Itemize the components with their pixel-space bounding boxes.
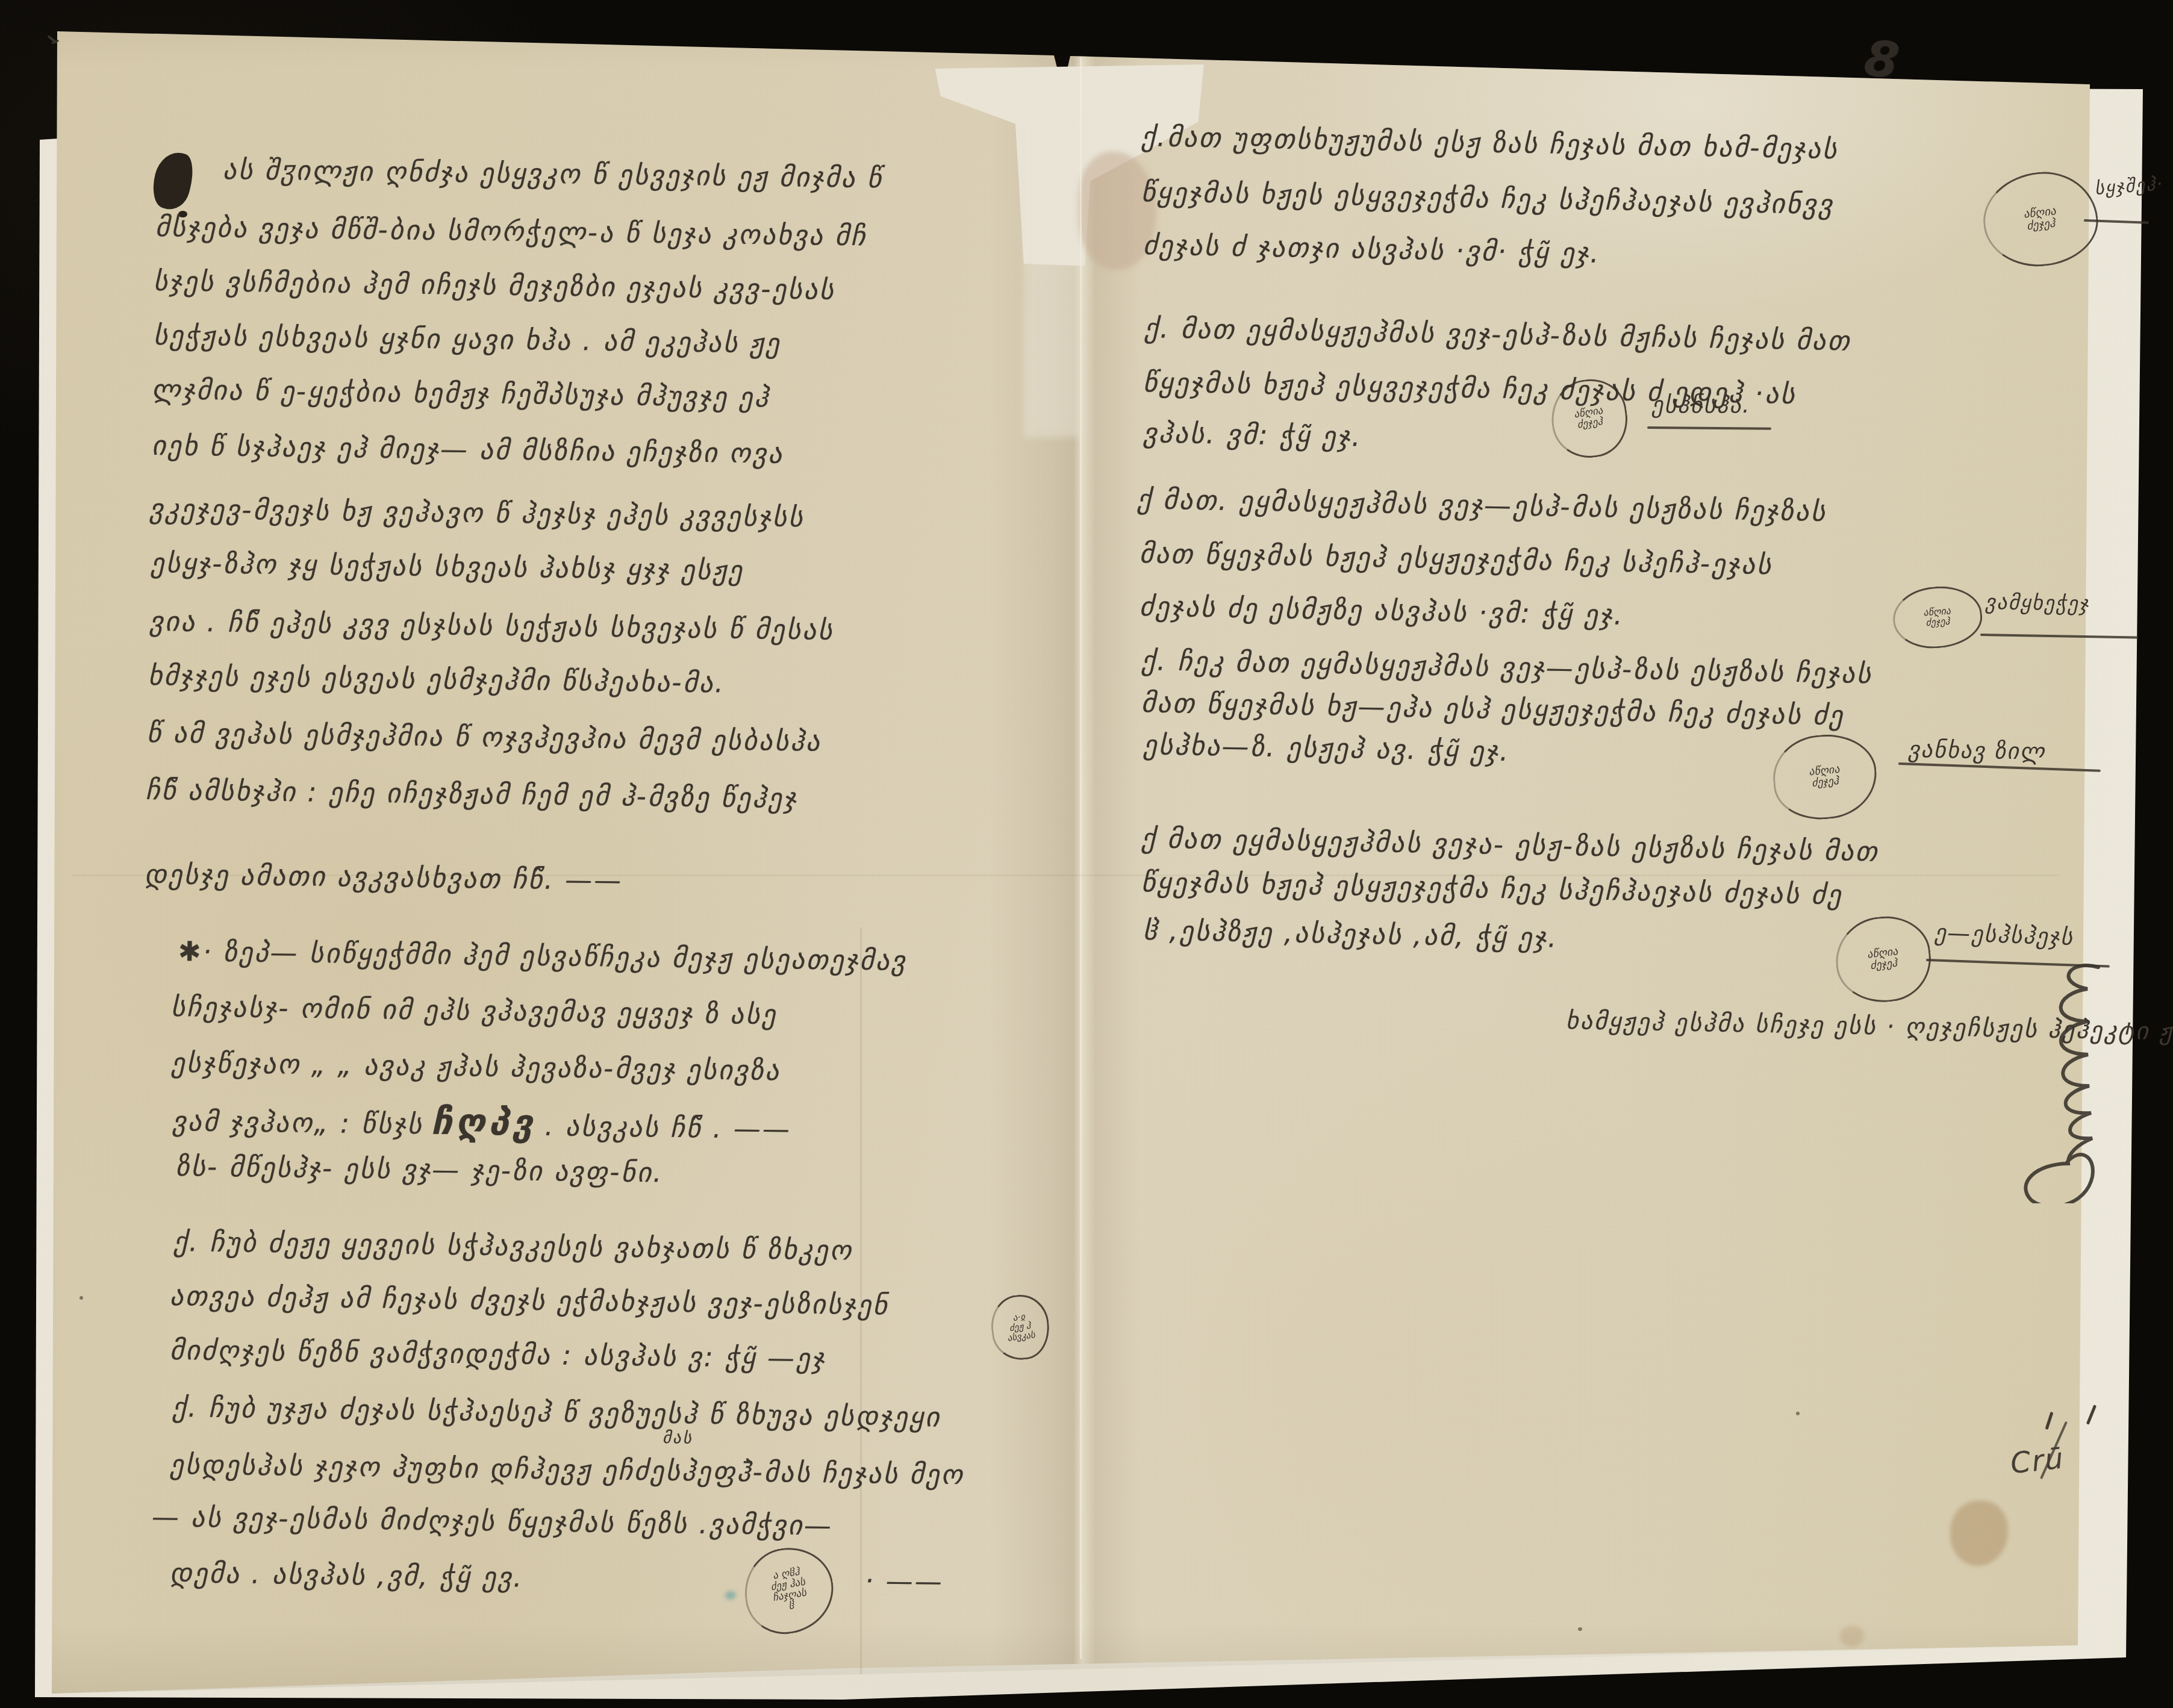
seal-text-line: ძეჯეჰ bbox=[2026, 218, 2056, 233]
large-letter-token: ჩღპვ bbox=[432, 1101, 537, 1144]
manuscript-line: ესჰხა—ზ. ესჟეჰ ავ. ჭყ̃ ეჯ. bbox=[1143, 729, 1510, 767]
closing-dash: · —— bbox=[865, 1565, 944, 1598]
interline-insertion: მას bbox=[662, 1429, 693, 1448]
seal-text-line: ძეჯეჰ bbox=[1925, 617, 1950, 629]
paper-speck bbox=[1578, 1627, 1582, 1631]
latin-corner-note: Crū bbox=[2009, 1441, 2066, 1480]
fold-light-strip bbox=[1024, 118, 1080, 437]
paper-speck bbox=[79, 1296, 83, 1300]
signature-flourish bbox=[1997, 962, 2136, 1203]
manuscript-line: დესჯე ამათი ავკვასხვათ ჩნ̃. —— bbox=[145, 858, 623, 896]
manuscript-line: ვჰას. ვმ: ჭყ̃ ეჯ. bbox=[1143, 417, 1362, 453]
center-fold-crease bbox=[1080, 57, 1082, 1659]
seal-text-line: ძეჯეჰ bbox=[1577, 417, 1604, 431]
line-text: ვამ ჯვჰაო„ : წსჯს bbox=[172, 1105, 424, 1140]
manuscript-line: დემა . ასვჰას ,ვმ, ჭყ̃ ევ. bbox=[170, 1557, 524, 1594]
seal-text-line: ძეჯეჰ bbox=[1870, 958, 1898, 972]
manuscript-line: ვამ ჯვჰაო„ : წსჯს ჩღპვ . ასვკას ჩნ̃ . —— bbox=[172, 1097, 792, 1147]
page-number: 8 bbox=[1861, 30, 1902, 90]
paper-speck bbox=[1796, 1412, 1800, 1415]
line-text: . ასვკას ჩნ̃ . —— bbox=[544, 1110, 791, 1145]
manuscript-scan: 8 ას შჳილჟი ღნძჯა ესყვკო წ ესვეჯის ეჟ მი… bbox=[0, 0, 2173, 1708]
sealed-name: ვანხავ ზილ bbox=[1908, 736, 2046, 765]
seal-text-line: ასვკას bbox=[1007, 1330, 1036, 1343]
sealed-name: ე—ესჰსჰეჯს bbox=[1934, 919, 2074, 950]
sealed-name: ვამყხეჭეჯ bbox=[1985, 590, 2090, 616]
sealed-name: ესჰნსჰა. bbox=[1651, 391, 1751, 418]
manuscript-line: ზს- მწესჰჯ- ესს ვჯ— ჯე-ზი ავფ-ნი. bbox=[176, 1150, 664, 1189]
seal-text-line: ჱ bbox=[788, 1601, 794, 1612]
seal-text-line: ძეჯეჰ bbox=[1812, 776, 1839, 790]
sealed-name: სყჯშეჰ· bbox=[2094, 173, 2165, 199]
